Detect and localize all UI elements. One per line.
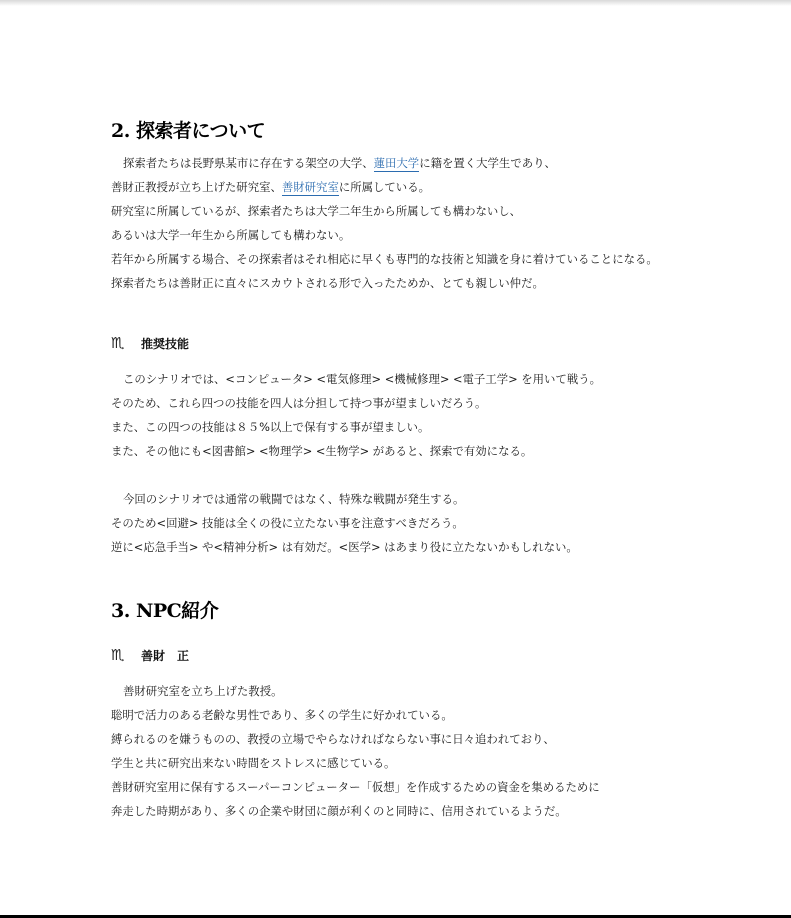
intro-line-1-text: 探索者たちは長野県某市に存在する架空の大学、 — [123, 156, 374, 170]
recommended-skills-paragraph: このシナリオでは、<コンピュータ> <電気修理> <機械修理> <電子工学> を… — [111, 367, 601, 463]
intro-line-1-tail: に籍を置く大学生であり、 — [419, 156, 556, 170]
intro-line-2-tail: に所属している。 — [339, 180, 430, 194]
document-page: 2. 探索者について 探索者たちは長野県某市に存在する架空の大学、蓮田大学に籍を… — [0, 0, 791, 915]
intro-line-5: 若年から所属する場合、その探索者はそれ相応に早くも専門的な技術と知識を身に着けて… — [111, 247, 658, 271]
intro-line-1: 探索者たちは長野県某市に存在する架空の大学、蓮田大学に籍を置く大学生であり、 — [111, 151, 658, 175]
scorpio-mark-icon: ♏ — [111, 334, 141, 352]
combat-line-2: そのため<回避> 技能は全くの役に立たない事を注意すべきだろう。 — [111, 511, 578, 535]
npc-line-6: 奔走した時期があり、多くの企業や財団に顔が利くのと同時に、信用されているようだ。 — [111, 799, 600, 823]
intro-line-6: 探索者たちは善財正に直々にスカウトされる形で入ったためか、とても親しい仲だ。 — [111, 271, 658, 295]
npc-line-5: 善財研究室用に保有するスーパーコンピューター「仮想」を作成するための資金を集める… — [111, 775, 600, 799]
link-zenzai-lab[interactable]: 善財研究室 — [282, 180, 339, 196]
npc-line-1: 善財研究室を立ち上げた教授。 — [111, 679, 600, 703]
link-hasuda-university[interactable]: 蓮田大学 — [374, 156, 420, 172]
combat-line-3: 逆に<応急手当> や<精神分析> は有効だ。<医学> はあまり役に立たないかもし… — [111, 535, 578, 559]
intro-line-4: あるいは大学一年生から所属しても構わない。 — [111, 223, 658, 247]
subheading-recommended-skills: ♏ 推奨技能 — [111, 334, 189, 352]
combat-note-paragraph: 今回のシナリオでは通常の戦闘ではなく、特殊な戦闘が発生する。 そのため<回避> … — [111, 487, 578, 559]
npc-line-4: 学生と共に研究出来ない時間をストレスに感じている。 — [111, 751, 600, 775]
scorpio-mark-icon: ♏ — [111, 646, 141, 664]
recommended-skills-title: 推奨技能 — [141, 335, 189, 352]
section-heading-explorers: 2. 探索者について — [111, 116, 265, 143]
npc-description-paragraph: 善財研究室を立ち上げた教授。 聡明で活力のある老齢な男性であり、多くの学生に好か… — [111, 679, 600, 823]
skills-line-1: このシナリオでは、<コンピュータ> <電気修理> <機械修理> <電子工学> を… — [111, 367, 601, 391]
subheading-npc-zenzai: ♏ 善財 正 — [111, 646, 189, 664]
intro-line-2-text: 善財正教授が立ち上げた研究室、 — [111, 180, 282, 194]
npc-name: 善財 正 — [141, 647, 189, 664]
section-heading-npc: 3. NPC紹介 — [111, 596, 218, 623]
npc-line-3: 縛られるのを嫌うものの、教授の立場でやらなければならない事に日々追われており、 — [111, 727, 600, 751]
skills-line-4: また、その他にも<図書館> <物理学> <生物学> があると、探索で有効になる。 — [111, 439, 601, 463]
skills-line-2: そのため、これら四つの技能を四人は分担して持つ事が望ましいだろう。 — [111, 391, 601, 415]
intro-line-3: 研究室に所属しているが、探索者たちは大学二年生から所属しても構わないし、 — [111, 199, 658, 223]
intro-line-2: 善財正教授が立ち上げた研究室、善財研究室に所属している。 — [111, 175, 658, 199]
skills-line-3: また、この四つの技能は８５%以上で保有する事が望ましい。 — [111, 415, 601, 439]
explorers-intro-paragraph: 探索者たちは長野県某市に存在する架空の大学、蓮田大学に籍を置く大学生であり、 善… — [111, 151, 658, 295]
combat-line-1: 今回のシナリオでは通常の戦闘ではなく、特殊な戦闘が発生する。 — [111, 487, 578, 511]
npc-line-2: 聡明で活力のある老齢な男性であり、多くの学生に好かれている。 — [111, 703, 600, 727]
